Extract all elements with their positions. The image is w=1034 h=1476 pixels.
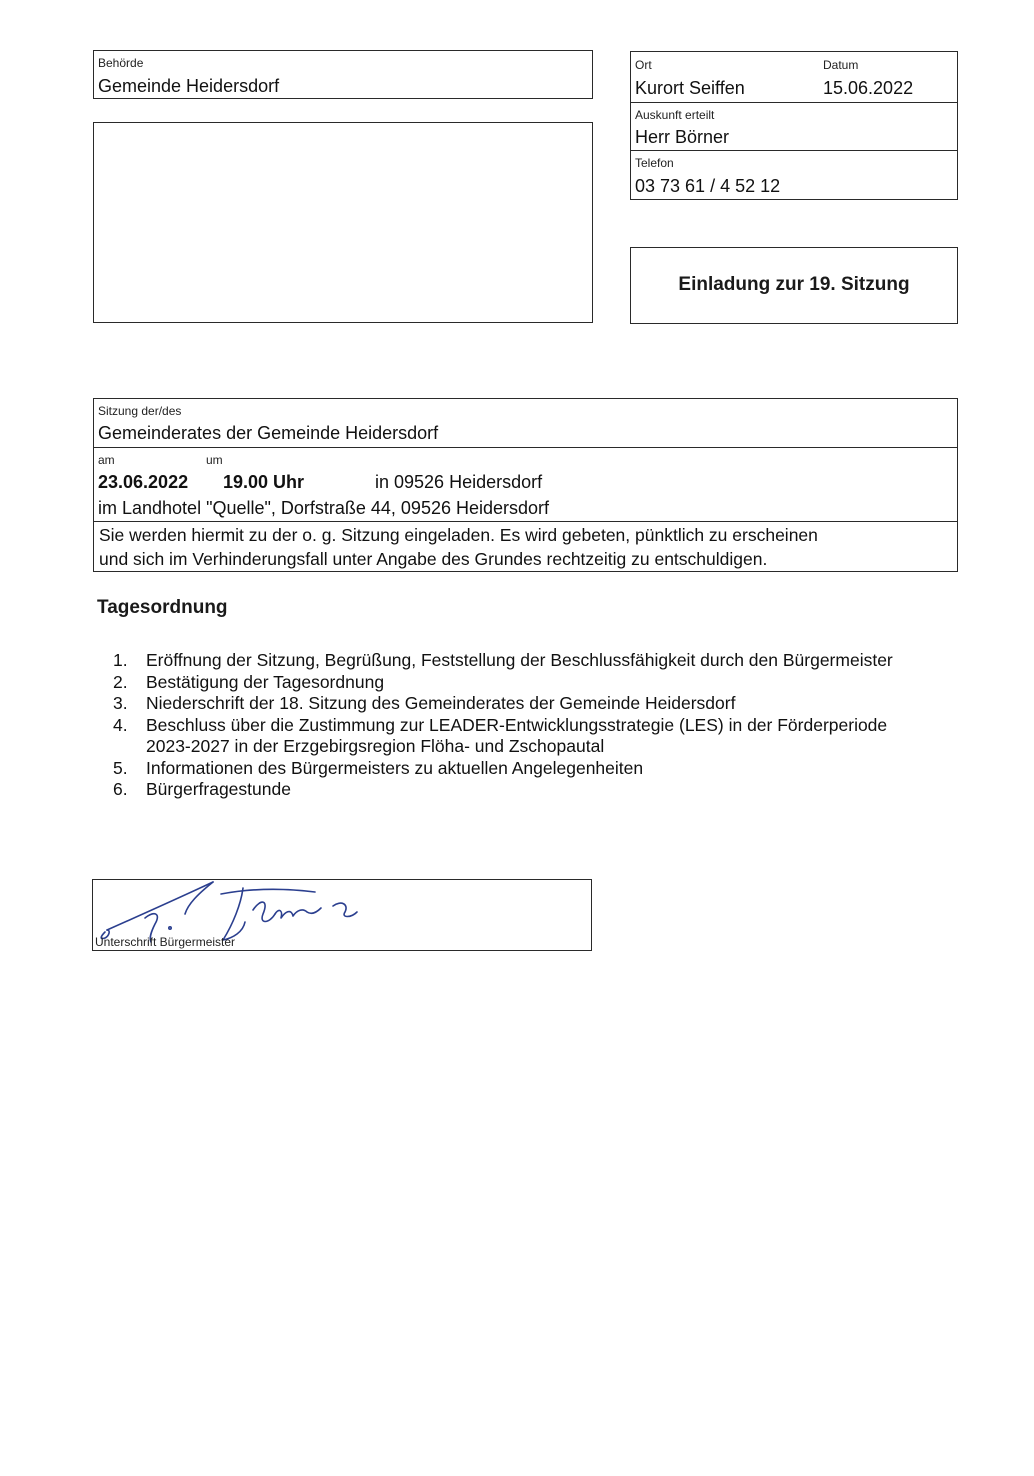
meeting-time: 19.00 Uhr bbox=[223, 472, 304, 493]
divider bbox=[631, 102, 957, 103]
contact-label: Auskunft erteilt bbox=[635, 108, 714, 122]
divider bbox=[94, 521, 957, 522]
meeting-date: 23.06.2022 bbox=[98, 472, 188, 493]
date-label: Datum bbox=[823, 58, 858, 72]
meeting-box: Sitzung der/des Gemeinderates der Gemein… bbox=[93, 398, 958, 572]
agenda-list: 1.Eröffnung der Sitzung, Begrüßung, Fest… bbox=[113, 650, 893, 801]
authority-field: Behörde Gemeinde Heidersdorf bbox=[93, 50, 593, 99]
meeting-town: in 09526 Heidersdorf bbox=[375, 472, 542, 493]
agenda-item: 4.Beschluss über die Zustimmung zur LEAD… bbox=[113, 715, 893, 758]
notice-line-2: und sich im Verhinderungsfall unter Anga… bbox=[99, 549, 767, 570]
agenda-item: 6.Bürgerfragestunde bbox=[113, 779, 893, 801]
meeting-body: Gemeinderates der Gemeinde Heidersdorf bbox=[98, 423, 438, 444]
meeting-date-label: am bbox=[98, 453, 115, 467]
authority-value: Gemeinde Heidersdorf bbox=[98, 76, 279, 97]
agenda-item: 3.Niederschrift der 18. Sitzung des Geme… bbox=[113, 693, 893, 715]
info-box: Ort Datum Kurort Seiffen 15.06.2022 Ausk… bbox=[630, 51, 958, 200]
title-box: Einladung zur 19. Sitzung bbox=[630, 247, 958, 324]
signature-box: Unterschrift Bürgermeister bbox=[92, 879, 592, 951]
phone-value: 03 73 61 / 4 52 12 bbox=[635, 176, 780, 197]
divider bbox=[94, 447, 957, 448]
notice-line-1: Sie werden hiermit zu der o. g. Sitzung … bbox=[99, 525, 818, 546]
agenda-heading: Tagesordnung bbox=[97, 597, 228, 619]
contact-value: Herr Börner bbox=[635, 127, 729, 148]
document-title: Einladung zur 19. Sitzung bbox=[631, 274, 957, 296]
signature-label: Unterschrift Bürgermeister bbox=[95, 935, 235, 949]
authority-label: Behörde bbox=[98, 56, 143, 70]
agenda-item: 1.Eröffnung der Sitzung, Begrüßung, Fest… bbox=[113, 650, 893, 672]
address-window bbox=[93, 122, 593, 323]
place-label: Ort bbox=[635, 58, 652, 72]
place-value: Kurort Seiffen bbox=[635, 78, 745, 99]
agenda-item: 2.Bestätigung der Tagesordnung bbox=[113, 672, 893, 694]
agenda-item: 5.Informationen des Bürgermeisters zu ak… bbox=[113, 758, 893, 780]
phone-label: Telefon bbox=[635, 156, 674, 170]
divider bbox=[631, 150, 957, 151]
meeting-body-label: Sitzung der/des bbox=[98, 404, 181, 418]
date-value: 15.06.2022 bbox=[823, 78, 913, 99]
meeting-time-label: um bbox=[206, 453, 223, 467]
meeting-venue: im Landhotel "Quelle", Dorfstraße 44, 09… bbox=[98, 498, 549, 519]
